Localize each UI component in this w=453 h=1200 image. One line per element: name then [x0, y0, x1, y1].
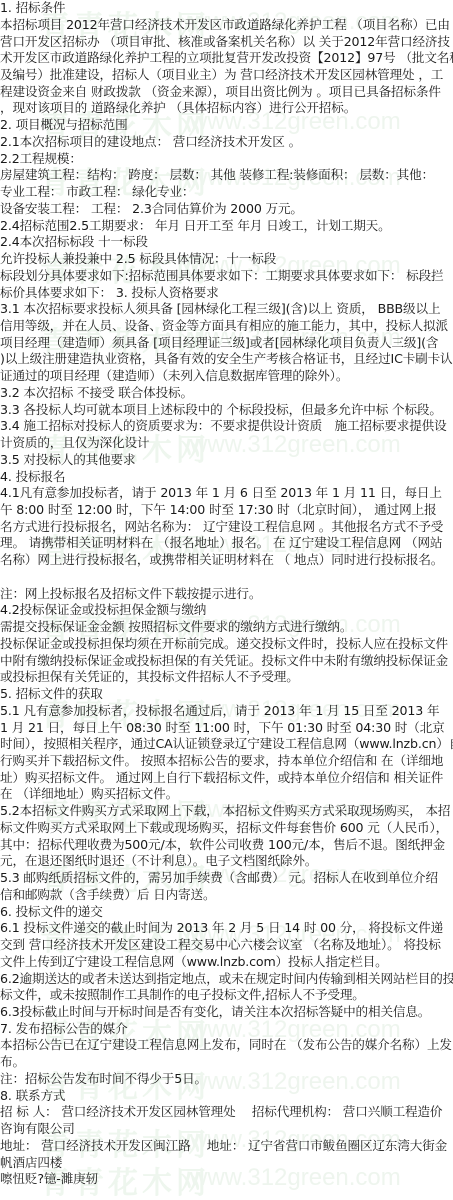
document-line: 6.1 投标文件递交的截止时间为 2013 年 2 月 5 日 14 时 00 …: [0, 920, 453, 936]
document-line: 标文件，或未按照制作工具制作的电子投标文件,招标人不予受理。: [0, 987, 453, 1003]
document-line: 嚓忸贬?镱-濉庚轫: [0, 1171, 453, 1187]
document-line: 址）购买招标文件。 通过网上自行下载招标文件，或持本单位介绍信和 相关证件: [0, 770, 453, 786]
document-line: 1 月 21 日，每日上午 08:30 时至 11:00 时，下午 01:30 …: [0, 720, 453, 736]
document-line: 5.3 邮购纸质招标文件的，需另加手续费（含邮费） 元。招标人在收到单位介绍: [0, 870, 453, 886]
document-line: 4.1凡有意参加投标者，请于 2013 年 1 月 6 日至 2013 年 1 …: [0, 485, 453, 501]
document-line: 专业工程： 市政工程： 绿化专业：: [0, 184, 453, 200]
document-line: 名方式进行投标报名，网站名称为： 辽宁建设工程信息网 。其他报名方式不予受: [0, 519, 453, 535]
document-line: 2. 项目概况与招标范围: [0, 117, 453, 133]
document-line: 5. 招标文件的获取: [0, 686, 453, 702]
document-line: 7. 发布招标公告的媒介: [0, 1021, 453, 1037]
document-line: 行购买并下载招标文件。 按照本招标公告的要求，持本单位介绍信和 在（详细地: [0, 753, 453, 769]
document-line: 需提交投标保证金金额 按照招标文件要求的缴纳方式进行缴纳。: [0, 619, 453, 635]
document-line: 2.2工程规模：: [0, 151, 453, 167]
document-line: 营口开发区招标办 （项目审批、核准或备案机关名称）以 关于2012年营口经济技: [0, 34, 453, 50]
document-line: 3.3 各投标人均可就本项目上述标段中的 个标段投标，但最多允许中标 个标段。: [0, 402, 453, 418]
document-line: 证通过的项目经理（建造师）（未列入信息数据库管理的除外）。: [0, 368, 453, 384]
document-line: 招 标 人： 营口经济技术开发区园林管理处 招标代理机构： 营口兴顺工程造价: [0, 1104, 453, 1120]
document-line: 咨询有限公司: [0, 1121, 453, 1137]
document-line: )以上级注册建造执业资格，具备有效的安全生产考核合格证书，且经过IC卡刷卡认: [0, 351, 453, 367]
document-line: 计资质的，且仅为深化设计: [0, 435, 453, 451]
document-line: 注：招标公告发布时间不得少于5日。: [0, 1071, 453, 1087]
document-line: 5.1 凡有意参加投标者，投标报名通过后，请于 2013 年 1 月 15 日至…: [0, 703, 453, 719]
document-line: 3.4 施工招标对投标人的资质要求为：不要求提供设计资质 施工招标要求提供设: [0, 418, 453, 434]
document-line: 术开发区市政道路绿化养护工程的立项批复营开发改投资【2012】97号 （批文名称: [0, 50, 453, 66]
document-line: 元，在退还图纸时退还（不计利息）。电子文档图纸除外。: [0, 853, 453, 869]
document-line: 其中：招标代理收费为500元/本，软件公司收费 100元/本，售后不退。图纸押金: [0, 837, 453, 853]
document-line: 在 （详细地址）购买招标文件。: [0, 786, 453, 802]
document-line: 及编号）批准建设，招标人（项目业主）为 营口经济技术开发区园林管理处 ，工: [0, 67, 453, 83]
document-line: 理。 请携带相关证明材料在 （报名地址）报名。 在 辽宁建设工程信息网 （网站: [0, 535, 453, 551]
document-line: 2.4招标范围2.5工期要求： 年月 日开工至 年月 日竣工，计划工期天。: [0, 218, 453, 234]
document-line: 允许投标人兼投兼中 2.5 标段具体情况：十一标段: [0, 251, 453, 267]
document-line: 注：网上投标报名及招标文件下载按提示进行。: [0, 586, 453, 602]
document-line: [0, 569, 453, 585]
document-line: 中附有缴纳投标保证金或投标担保的有关凭证。投标文件中未附有缴纳投标保证金: [0, 653, 453, 669]
document-line: 项目经理（建造师）须具备 [项目经理证三级]或者[园林绿化项目负责人三级](含: [0, 335, 453, 351]
document-line: 6. 投标文件的递交: [0, 904, 453, 920]
document-line: 时间），按照相关程序，通过CA认证锁登录辽宁建设工程信息网（www.lnzb.c…: [0, 736, 453, 752]
document-line: 程建设资金来自 财政拨款 （资金来源），项目出资比例为 。项目已具备招标条件: [0, 84, 453, 100]
document-line: 信用等级，并在人员、设备、资金等方面具有相应的施工能力，其中，投标人拟派: [0, 318, 453, 334]
document-line: 帆酒店四楼: [0, 1155, 453, 1171]
document-line: 投标保证金或投标担保均须在开标前完成。递交投标文件时，投标人应在投标文件: [0, 636, 453, 652]
document-line: 午 8:00 时至 12:00 时，下午 14:00 时至 17:30 时（北京…: [0, 502, 453, 518]
document-line: 8. 联系方式: [0, 1088, 453, 1104]
document-line: 5.2本招标文件购买方式采取网上下载， 本招标文件购买方式采取现场购买， 本招: [0, 803, 453, 819]
document-line: 或投标担保有关凭证的，其投标文件招标人不予受理。: [0, 669, 453, 685]
document-line: 地址： 营口经济技术开发区闽江路 地址： 辽宁省营口市鲅鱼圈区辽东湾大街金: [0, 1138, 453, 1154]
document-line: 名称）网上进行投标报名，或携带相关证明材料在 （ 地点）同时进行投标报名。: [0, 552, 453, 568]
document-line: 标价具体要求如下： 3. 投标人资格要求: [0, 285, 453, 301]
document-line: 2.1本次招标项目的建设地点： 营口经济技术开发区 。: [0, 134, 453, 150]
document-line: 3.2 本次招标 不接受 联合体投标。: [0, 385, 453, 401]
document-line: 交到 营口经济技术开发区建设工程交易中心六楼会议室 （名称及地址）。 将投标: [0, 937, 453, 953]
document-line: 3.1 本次招标要求投标人须具备 [园林绿化工程三级](含)以上 资质， BBB…: [0, 301, 453, 317]
document-line: 2.4本次招标标段 十一标段: [0, 234, 453, 250]
document-line: 标段划分具体要求如下:招标范围具体要求如下：工期要求具体要求如下： 标段拦: [0, 268, 453, 284]
document-line: 信和邮购款（含手续费）后 日内寄送。: [0, 887, 453, 903]
document-line: 4.2投标保证金或投标担保金额与缴纳: [0, 602, 453, 618]
document-line: 标文件购买方式采取网上下载或现场购买，招标文件每套售价 600 元（人民币），: [0, 820, 453, 836]
document-line: 本招标公告已在辽宁建设工程信息网上发布，同时在 （发布公告的媒介名称）上发: [0, 1037, 453, 1053]
document-line: 房屋建筑工程：结构： 跨度： 层数： 其他 装修工程:装修面积： 层数：其他：: [0, 167, 453, 183]
document-line: 6.3投标截止时间与开标时间是否有变化，请关注本次招标答疑中的相关信息。: [0, 1004, 453, 1020]
document-line: ，现对该项目的 道路绿化养护 （具体招标内容）进行公开招标。: [0, 100, 453, 116]
document-line: 1. 招标条件: [0, 0, 453, 16]
document-line: 本招标项目 2012年营口经济技术开发区市政道路绿化养护工程 （项目名称）已由: [0, 17, 453, 33]
document-line: 4. 投标报名: [0, 469, 453, 485]
document-line: 文件上传到辽宁建设工程信息网（www.lnzb.com）投标人指定栏目。: [0, 954, 453, 970]
document-line: 6.2逾期送达的或者未送达到指定地点，或未在规定时间内传输到相关网站栏目的投: [0, 971, 453, 987]
document-line: 设备安装工程： 工程： 2.3合同估算价为 2000 万元。: [0, 201, 453, 217]
document-line: 3.5 对投标人的其他要求: [0, 452, 453, 468]
document-line: 布。: [0, 1054, 453, 1070]
